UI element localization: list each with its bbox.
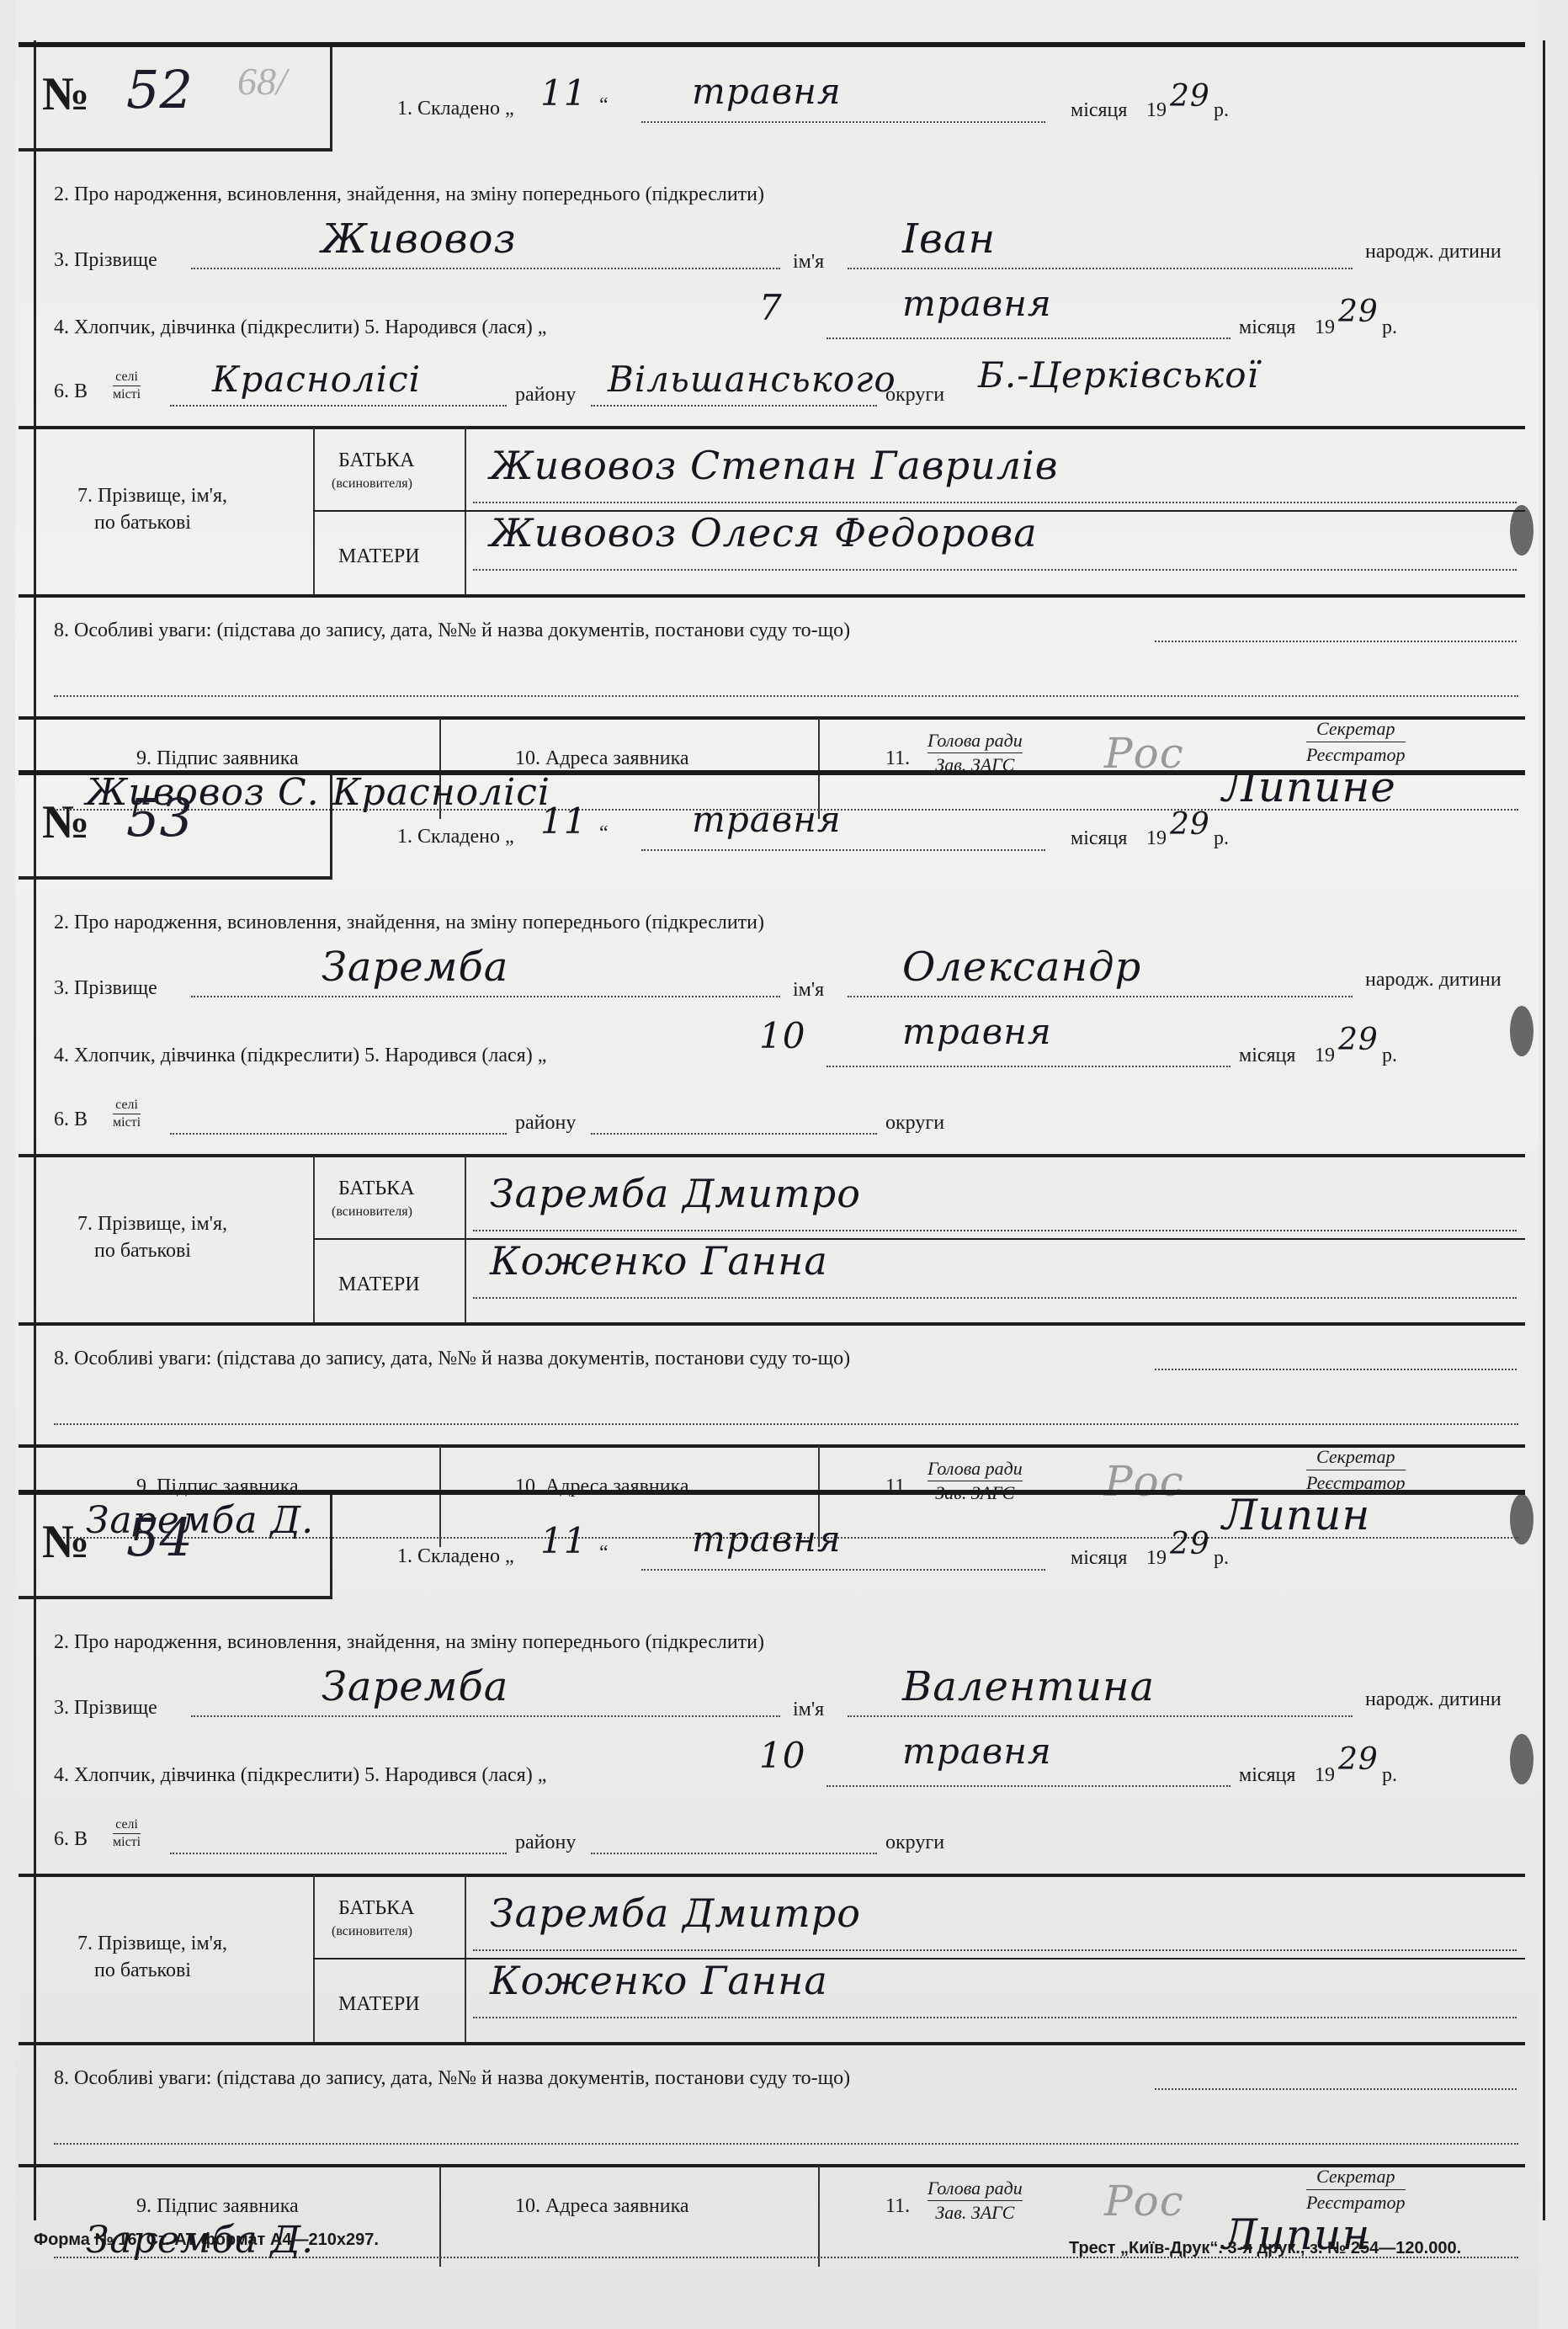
divider <box>818 2166 820 2267</box>
record-number: 54 <box>126 1507 193 1568</box>
head-fraction: Голова ради Зав. ЗАГС <box>928 1457 1023 1505</box>
about-label: 2. Про народження, всиновлення, знайденн… <box>54 1631 764 1654</box>
secretary-fraction: Секретар Реєстратор <box>1306 716 1406 768</box>
compiled-month: травня <box>692 799 842 840</box>
footer-printer-info: Трест „Київ-Друк“. 3-я друк., з. № 254—1… <box>1069 2239 1461 2258</box>
secretary-fraction: Секретар Реєстратор <box>1306 2164 1406 2215</box>
parents-label-2: по батькові <box>94 512 191 534</box>
year-prefix: 19 <box>1315 1764 1335 1787</box>
father-name: Заремба Дмитро <box>490 1171 861 1216</box>
birth-day: 10 <box>759 1735 805 1776</box>
number-sign: № <box>42 67 89 121</box>
notes-label: 8. Особливі уваги: (підстава до запису, … <box>54 1348 850 1370</box>
signature-section-num: 11. <box>885 2195 910 2218</box>
compiled-day: 11 <box>540 72 587 114</box>
year-suffix: р. <box>1214 827 1229 850</box>
divider <box>19 594 1525 598</box>
name-line <box>848 1715 1353 1717</box>
footer-form-info: Форма № 16. Ст. АТ формат А4—210х297. <box>34 2231 379 2250</box>
secretary-label: Секретар <box>1306 1444 1406 1470</box>
mother-label: МАТЕРИ <box>338 1274 420 1296</box>
birth-day: 7 <box>759 287 783 328</box>
binding-hole <box>1510 505 1533 556</box>
applicant-address-label: 10. Адреса заявника <box>515 747 689 770</box>
father-line <box>473 1949 1517 1951</box>
child-given-name: Іван <box>902 215 996 263</box>
month-label: місяця <box>1071 827 1127 850</box>
year-prefix: 19 <box>1146 1547 1167 1570</box>
birth-okrug: Б.-Церківської <box>978 354 1259 396</box>
birth-record: № 52 68/ 1. Складено „ 11 “ травня місяц… <box>19 42 1525 47</box>
child-surname: Живовоз <box>322 215 517 263</box>
surname-label: 3. Прізвище <box>54 249 157 272</box>
secretary-label: Секретар <box>1306 716 1406 742</box>
place-line <box>170 1853 507 1854</box>
pencil-mark: 68/ <box>237 59 287 104</box>
birth-record: № 53 1. Складено „ 11 “ травня місяця 19… <box>19 770 1525 775</box>
okrug-label: округи <box>885 384 944 407</box>
name-label: ім'я <box>793 251 824 274</box>
year-prefix: 19 <box>1146 827 1167 850</box>
place-line <box>170 1133 507 1135</box>
compiled-label: 1. Складено „ <box>397 1545 514 1568</box>
compiled-day: 11 <box>540 1520 587 1561</box>
village-label: селі <box>113 1816 141 1834</box>
record-number-box: № 54 <box>19 1495 332 1599</box>
compiled-label: 1. Складено „ <box>397 826 514 848</box>
divider <box>439 1446 441 1547</box>
mother-line <box>473 2017 1517 2018</box>
divider <box>19 1154 1525 1157</box>
district-label: району <box>515 1832 576 1854</box>
about-label: 2. Про народження, всиновлення, знайденн… <box>54 183 764 206</box>
divider <box>313 1156 315 1324</box>
gender-birth-label: 4. Хлопчик, дівчинка (підкреслити) 5. На… <box>54 1764 546 1787</box>
birth-day: 10 <box>759 1015 805 1056</box>
gender-birth-label: 4. Хлопчик, дівчинка (підкреслити) 5. На… <box>54 1045 546 1067</box>
child-given-name: Валентина <box>902 1663 1155 1710</box>
quote-mark: “ <box>599 1542 609 1565</box>
birth-month-line <box>827 1785 1230 1787</box>
compiled-day: 11 <box>540 800 587 842</box>
father-label: БАТЬКА <box>338 1178 414 1200</box>
year-prefix: 19 <box>1146 99 1167 122</box>
divider <box>465 428 466 596</box>
mother-label: МАТЕРИ <box>338 545 420 568</box>
parents-label-2: по батькові <box>94 1240 191 1263</box>
mother-name: Коженко Ганна <box>490 1238 828 1284</box>
birth-record: № 54 1. Складено „ 11 “ травня місяця 19… <box>19 1490 1525 1495</box>
compiled-month-line <box>641 1569 1045 1571</box>
parents-label: 7. Прізвище, ім'я, <box>77 1933 227 1955</box>
month-label: місяця <box>1239 316 1295 339</box>
birth-year: 29 <box>1338 1742 1379 1777</box>
district-label: району <box>515 384 576 407</box>
place-label: 6. В <box>54 1828 88 1851</box>
parents-label-2: по батькові <box>94 1959 191 1982</box>
year-prefix: 19 <box>1315 316 1335 339</box>
divider <box>465 1156 466 1324</box>
notes-line <box>54 1423 1518 1425</box>
district-line <box>591 1853 877 1854</box>
village-city-fraction: селі місті <box>113 369 141 403</box>
place-label: 6. В <box>54 1109 88 1131</box>
year-suffix: р. <box>1382 1045 1397 1067</box>
divider <box>19 426 1525 429</box>
month-label: місяця <box>1071 99 1127 122</box>
father-sub-label: (всиновителя) <box>332 1204 412 1220</box>
applicant-signature-label: 9. Підпис заявника <box>136 747 299 770</box>
father-line <box>473 1230 1517 1231</box>
place-label: 6. В <box>54 380 88 403</box>
father-label: БАТЬКА <box>338 1897 414 1920</box>
month-label: місяця <box>1239 1764 1295 1787</box>
surname-label: 3. Прізвище <box>54 1697 157 1720</box>
village-city-fraction: селі місті <box>113 1097 141 1131</box>
quote-mark: “ <box>599 822 609 845</box>
mother-label: МАТЕРИ <box>338 1993 420 2016</box>
birth-place: Краснолісі <box>212 359 421 400</box>
binding-hole <box>1510 1006 1533 1056</box>
year-suffix: р. <box>1214 99 1229 122</box>
head-zags-label: Зав. ЗАГС <box>935 2202 1014 2223</box>
registrar-signature: Липин <box>1222 1491 1370 1539</box>
city-label: місті <box>113 387 141 401</box>
month-label: місяця <box>1239 1045 1295 1067</box>
year-suffix: р. <box>1382 1764 1397 1787</box>
birth-year: 29 <box>1338 1023 1379 1057</box>
compiled-month: травня <box>692 1518 842 1560</box>
village-label: селі <box>113 369 141 386</box>
compiled-year: 29 <box>1170 79 1210 114</box>
name-line <box>848 996 1353 997</box>
village-city-fraction: селі місті <box>113 1816 141 1851</box>
secretary-label: Секретар <box>1306 2164 1406 2190</box>
birth-month: травня <box>902 1011 1052 1052</box>
birth-month-line <box>827 1066 1230 1067</box>
okrug-label: округи <box>885 1112 944 1135</box>
divider <box>313 1875 315 2044</box>
place-line <box>170 405 507 407</box>
binding-hole <box>1510 1734 1533 1784</box>
city-label: місті <box>113 1835 141 1849</box>
year-suffix: р. <box>1382 316 1397 339</box>
name-line <box>848 268 1353 269</box>
divider <box>19 2164 1525 2167</box>
applicant-address-label: 10. Адреса заявника <box>515 2195 689 2218</box>
father-label: БАТЬКА <box>338 449 414 472</box>
divider <box>19 1444 1525 1448</box>
parents-label: 7. Прізвище, ім'я, <box>77 485 227 508</box>
child-birth-label: народж. дитини <box>1365 1688 1502 1711</box>
city-label: місті <box>113 1115 141 1130</box>
notes-label: 8. Особливі уваги: (підстава до запису, … <box>54 2067 850 2090</box>
divider <box>465 1875 466 2044</box>
head-council-label: Голова ради <box>928 729 1023 753</box>
father-name: Заремба Дмитро <box>490 1890 861 1936</box>
compiled-year: 29 <box>1170 807 1210 842</box>
parents-label: 7. Прізвище, ім'я, <box>77 1213 227 1236</box>
head-signature: Рос <box>1104 1457 1184 1506</box>
child-birth-label: народж. дитини <box>1365 969 1502 992</box>
father-name: Живовоз Степан Гаврилів <box>490 443 1058 488</box>
okrug-label: округи <box>885 1832 944 1854</box>
divider <box>313 428 315 596</box>
about-label: 2. Про народження, всиновлення, знайденн… <box>54 912 764 934</box>
notes-line <box>1155 641 1517 642</box>
district-line <box>591 1133 877 1135</box>
number-sign: № <box>42 795 89 849</box>
record-number: 52 <box>126 59 193 120</box>
head-council-label: Голова ради <box>928 1457 1023 1481</box>
surname-line <box>191 268 780 269</box>
notes-line <box>54 2143 1518 2145</box>
record-number-box: № 53 <box>19 775 332 880</box>
year-prefix: 19 <box>1315 1045 1335 1067</box>
month-label: місяця <box>1071 1547 1127 1570</box>
gender-birth-label: 4. Хлопчик, дівчинка (підкреслити) 5. На… <box>54 316 546 339</box>
divider <box>19 716 1525 720</box>
compiled-year: 29 <box>1170 1527 1210 1561</box>
divider <box>19 1322 1525 1326</box>
district-line <box>591 405 877 407</box>
mother-name: Коженко Ганна <box>490 1958 828 2003</box>
notes-line <box>54 695 1518 697</box>
notes-label: 8. Особливі уваги: (підстава до запису, … <box>54 619 850 642</box>
year-suffix: р. <box>1214 1547 1229 1570</box>
compiled-month: травня <box>692 71 842 112</box>
secretary-fraction: Секретар Реєстратор <box>1306 1444 1406 1496</box>
mother-line <box>473 569 1517 571</box>
surname-label: 3. Прізвище <box>54 977 157 1000</box>
head-fraction: Голова ради Зав. ЗАГС <box>928 2177 1023 2225</box>
divider <box>19 1874 1525 1877</box>
surname-line <box>191 996 780 997</box>
signature-section-num: 11. <box>885 747 910 770</box>
surname-line <box>191 1715 780 1717</box>
village-label: селі <box>113 1097 141 1114</box>
father-line <box>473 502 1517 503</box>
birth-month: травня <box>902 283 1052 324</box>
divider <box>439 2166 441 2267</box>
head-council-label: Голова ради <box>928 2177 1023 2201</box>
child-surname: Заремба <box>322 944 508 991</box>
name-label: ім'я <box>793 1699 824 1721</box>
birth-month-line <box>827 338 1230 339</box>
father-sub-label: (всиновителя) <box>332 476 412 492</box>
birth-month: травня <box>902 1731 1052 1772</box>
applicant-signature-label: 9. Підпис заявника <box>136 2195 299 2218</box>
birth-district: Вільшанського <box>608 359 896 400</box>
name-label: ім'я <box>793 979 824 1002</box>
mother-name: Живовоз Олеся Федорова <box>490 510 1038 556</box>
birth-year: 29 <box>1338 295 1379 329</box>
record-number: 53 <box>126 787 193 848</box>
number-sign: № <box>42 1515 89 1569</box>
child-surname: Заремба <box>322 1663 508 1710</box>
district-label: району <box>515 1112 576 1135</box>
compiled-label: 1. Складено „ <box>397 98 514 120</box>
notes-line <box>1155 2088 1517 2090</box>
compiled-month-line <box>641 849 1045 851</box>
divider <box>19 2042 1525 2045</box>
record-number-box: № 52 68/ <box>19 47 332 152</box>
head-signature: Рос <box>1104 2177 1184 2225</box>
child-birth-label: народж. дитини <box>1365 241 1502 263</box>
father-sub-label: (всиновителя) <box>332 1924 412 1939</box>
notes-line <box>1155 1369 1517 1370</box>
mother-line <box>473 1297 1517 1299</box>
child-given-name: Олександр <box>902 944 1141 991</box>
compiled-month-line <box>641 121 1045 123</box>
quote-mark: “ <box>599 94 609 117</box>
